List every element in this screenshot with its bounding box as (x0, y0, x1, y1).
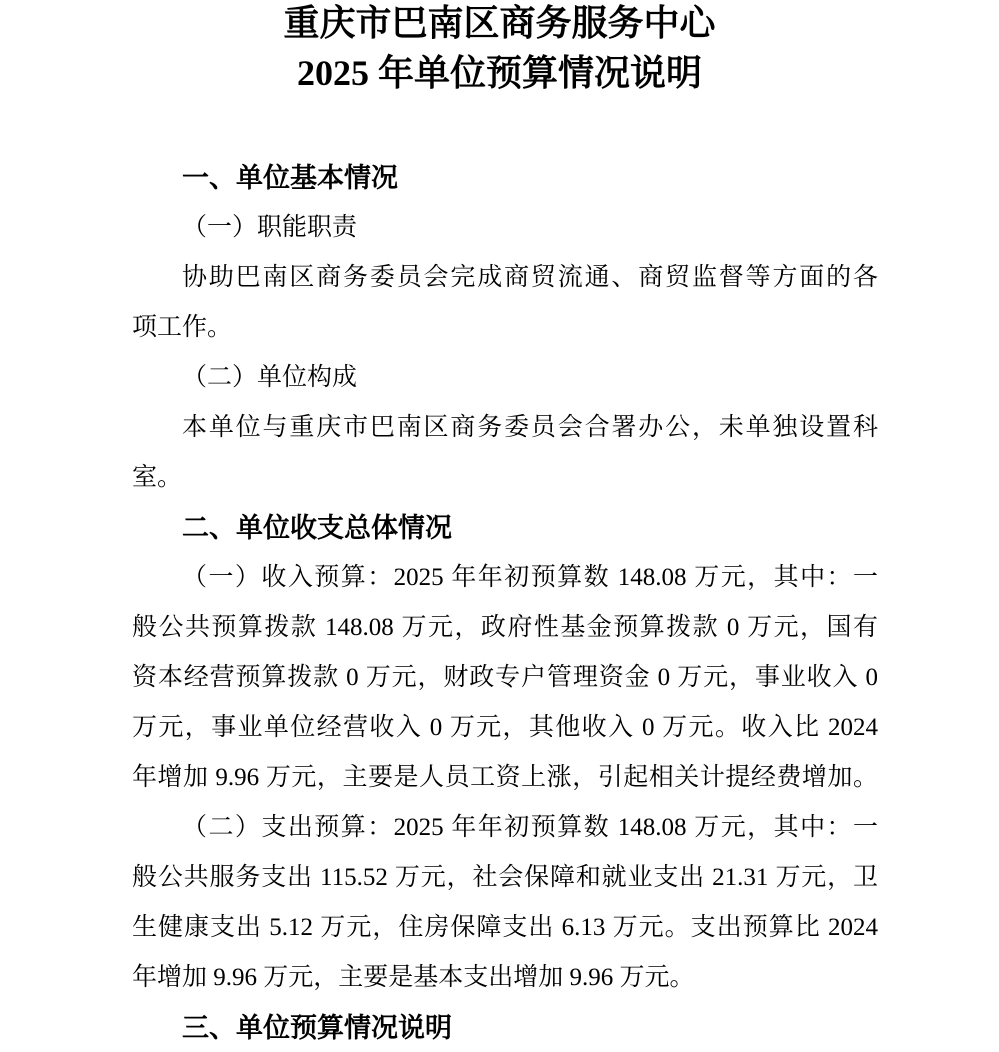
document-title-line2: 2025 年单位预算情况说明 (0, 48, 999, 98)
income-paragraph-line: 资本经营预算拨款 0 万元，财政专户管理资金 0 万元，事业收入 0 (132, 653, 878, 703)
paragraph-line: 室。 (132, 453, 878, 503)
paragraph-line: 协助巴南区商务委员会完成商贸流通、商贸监督等方面的各 (132, 253, 878, 303)
section-2-heading: 二、单位收支总体情况 (132, 503, 878, 553)
section-3-heading: 三、单位预算情况说明 (132, 1003, 878, 1052)
document-body: 一、单位基本情况 （一）职能职责 协助巴南区商务委员会完成商贸流通、商贸监督等方… (132, 153, 878, 1052)
income-paragraph-line: 年增加 9.96 万元，主要是人员工资上涨，引起相关计提经费增加。 (132, 753, 878, 803)
document-title-line1: 重庆市巴南区商务服务中心 (0, 0, 999, 48)
expense-paragraph-line: （二）支出预算：2025 年年初预算数 148.08 万元，其中：一 (132, 803, 878, 853)
income-paragraph-line: （一）收入预算：2025 年年初预算数 148.08 万元，其中：一 (132, 553, 878, 603)
document-title: 重庆市巴南区商务服务中心 2025 年单位预算情况说明 (0, 0, 999, 98)
section-1-heading: 一、单位基本情况 (132, 153, 878, 203)
income-paragraph-line: 万元，事业单位经营收入 0 万元，其他收入 0 万元。收入比 2024 (132, 703, 878, 753)
income-paragraph-line: 般公共预算拨款 148.08 万元，政府性基金预算拨款 0 万元，国有 (132, 603, 878, 653)
section-1-sub-1-heading: （一）职能职责 (132, 203, 878, 253)
expense-paragraph-line: 年增加 9.96 万元，主要是基本支出增加 9.96 万元。 (132, 953, 878, 1003)
budget-document-page: 重庆市巴南区商务服务中心 2025 年单位预算情况说明 一、单位基本情况 （一）… (0, 0, 999, 1052)
paragraph-line: 项工作。 (132, 303, 878, 353)
expense-paragraph-line: 般公共服务支出 115.52 万元，社会保障和就业支出 21.31 万元，卫 (132, 853, 878, 903)
paragraph-line: 本单位与重庆市巴南区商务委员会合署办公，未单独设置科 (132, 403, 878, 453)
section-1-sub-2-heading: （二）单位构成 (132, 353, 878, 403)
expense-paragraph-line: 生健康支出 5.12 万元，住房保障支出 6.13 万元。支出预算比 2024 (132, 903, 878, 953)
